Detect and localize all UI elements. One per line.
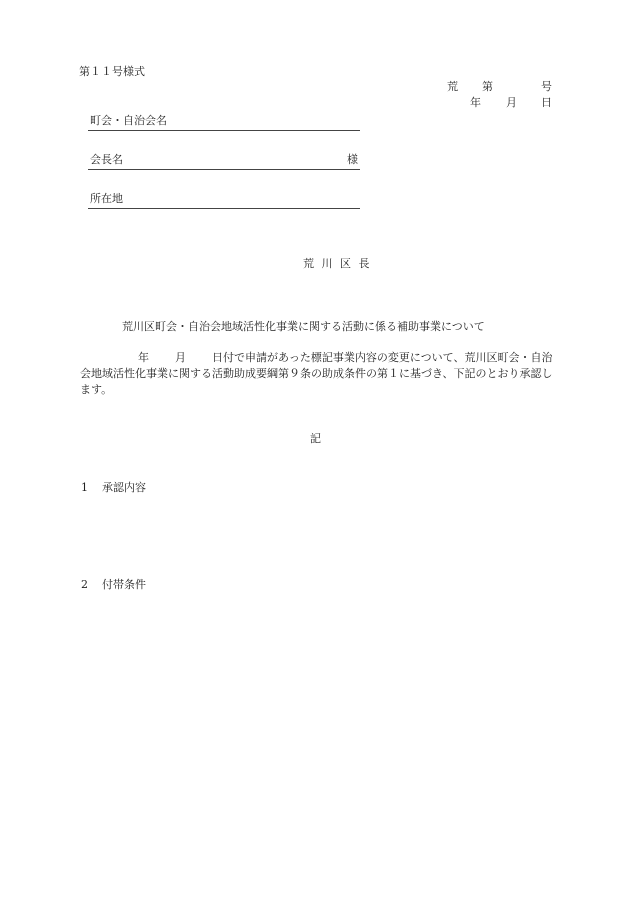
body-month: 月 (175, 351, 186, 364)
ki-heading: 記 (310, 432, 321, 446)
issuer-char: 荒 (303, 257, 318, 271)
section-2: 2付帯条件 (81, 578, 146, 592)
field-association-name[interactable]: 町会・自治会名 (88, 114, 360, 131)
date-day: 日 (541, 96, 552, 110)
reference-go: 号 (541, 80, 552, 94)
subject-title: 荒川区町会・自治会地域活性化事業に関する活動に係る補助事業について (122, 320, 485, 334)
date-month: 月 (506, 96, 517, 110)
date-year: 年 (470, 96, 481, 110)
field-suffix: 様 (347, 153, 358, 167)
field-address[interactable]: 所在地 (88, 192, 360, 209)
field-label: 会長名 (90, 153, 123, 167)
section-number: 1 (81, 481, 88, 494)
field-label: 所在地 (90, 192, 123, 206)
section-title: 付帯条件 (102, 578, 146, 591)
reference-dai: 第 (482, 80, 493, 94)
body-paragraph: 年月日付で申請があった標記事業内容の変更について、荒川区町会・自治会地域活性化事… (80, 350, 556, 398)
form-number: 第１１号様式 (79, 65, 145, 79)
issuer-title: 荒 川 区 長 (303, 257, 374, 271)
field-president-name[interactable]: 会長名 様 (88, 153, 360, 170)
issuer-char: 区 (340, 257, 355, 271)
issuer-char: 長 (359, 257, 374, 271)
body-year: 年 (138, 351, 149, 364)
section-number: 2 (81, 578, 88, 591)
section-title: 承認内容 (102, 481, 146, 494)
body-text: 日付で申請があった標記事業内容の変更について、荒川区町会・自治会地域活性化事業に… (80, 351, 553, 396)
field-label: 町会・自治会名 (90, 114, 167, 128)
reference-prefix: 荒 (447, 80, 458, 94)
issuer-char: 川 (322, 257, 337, 271)
section-1: 1承認内容 (81, 481, 146, 495)
